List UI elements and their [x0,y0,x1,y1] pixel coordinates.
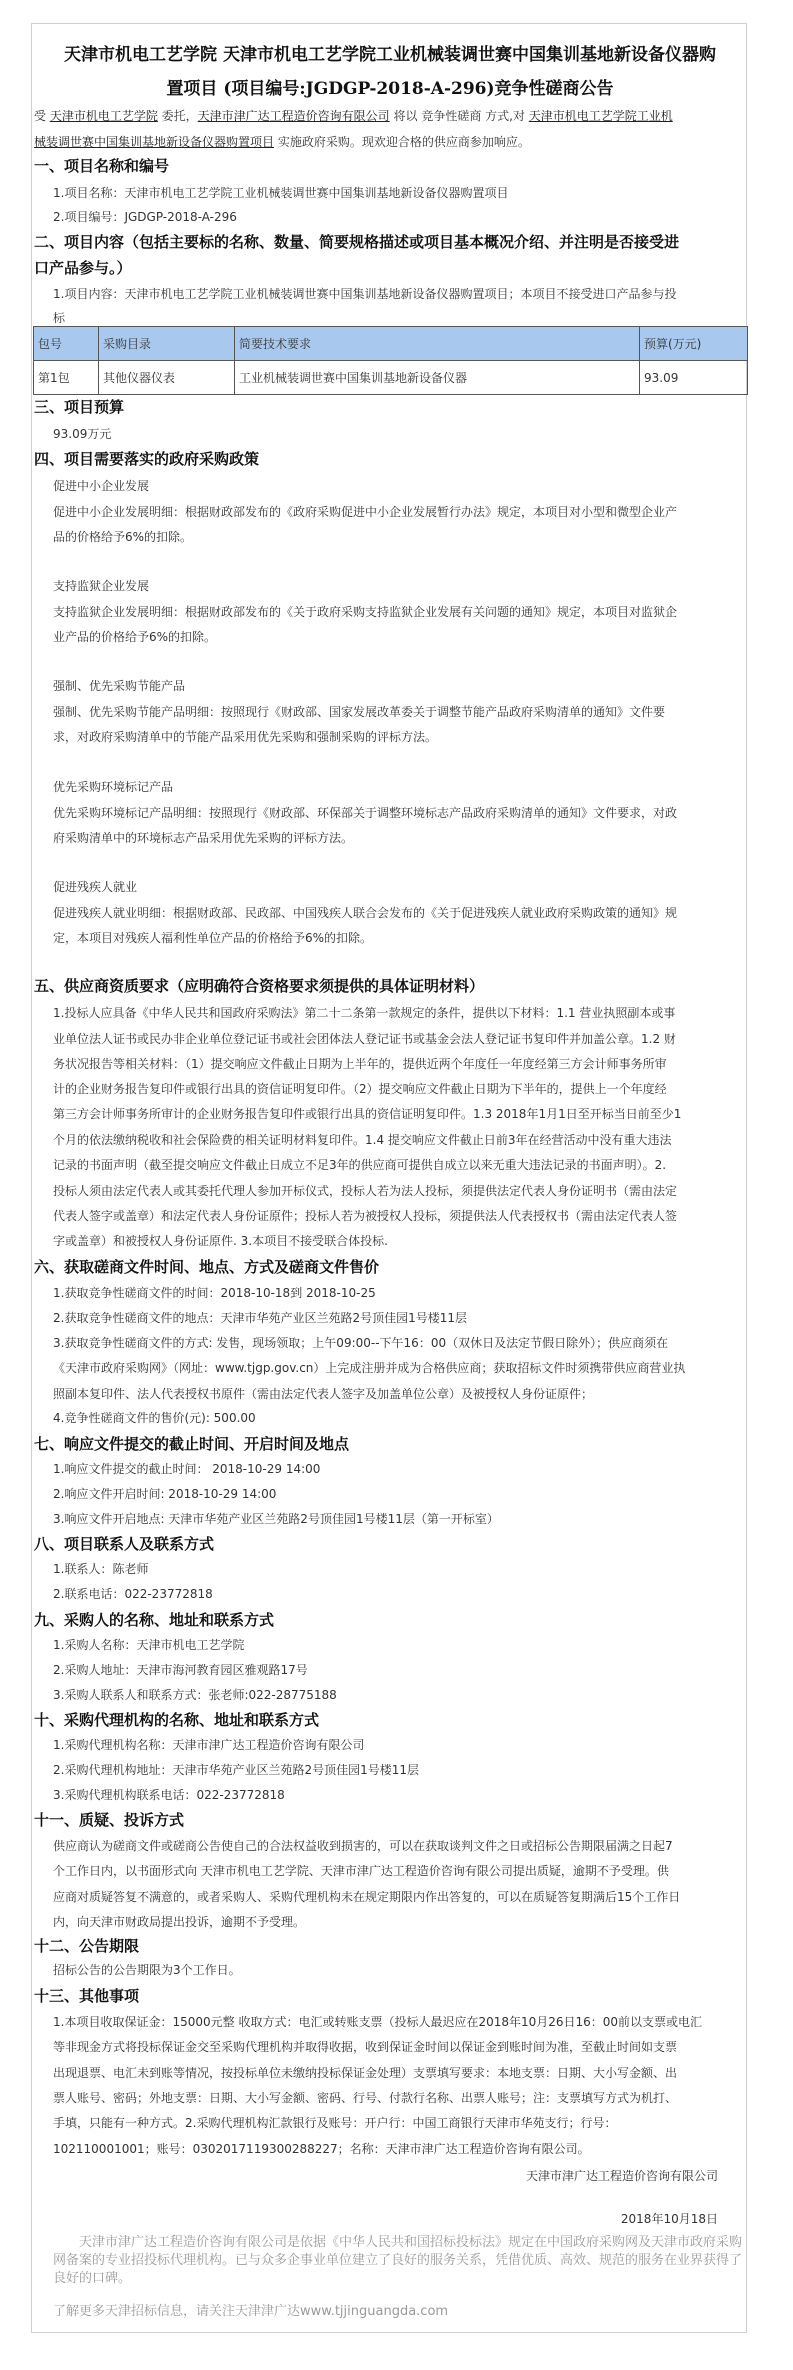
section-5-line: 记录的书面声明（截至提交响应文件截止日成立不足3年的供应商可提供自成立以来无重大… [53,1156,666,1173]
section-2-item: 1.项目内容：天津市机电工艺学院工业机械装调世赛中国集训基地新设备仪器购置项目；… [53,285,676,302]
section-10-line: 2.采购代理机构地址：天津市华苑产业区兰苑路2号顶佳园1号楼11层 [53,1761,419,1778]
intro-line1: 受 天津市机电工艺学院 委托，天津市津广达工程造价咨询有限公司 将以 竞争性磋商… [34,107,673,124]
section-8-line: 1.联系人：陈老师 [53,1560,148,1577]
section-5-line: 第三方会计师事务所审计的企业财务报告复印件或银行出具的资信证明复印件。1.3 2… [53,1105,681,1122]
section-1-heading: 一、项目名称和编号 [34,155,169,176]
policy-detail: 强制、优先采购节能产品明细：按照现行《财政部、国家发展改革委关于调整节能产品政府… [53,703,665,720]
section-6-line: 《天津市政府采购网》（网址：www.tjgp.gov.cn）上完成注册并成为合格… [53,1359,685,1376]
section-3-heading: 三、项目预算 [34,396,124,417]
section-10-heading: 十、采购代理机构的名称、地址和联系方式 [34,1709,319,1730]
policy-detail: 业产品的价格给予6%的扣除。 [53,628,216,645]
table-header-cell: 包号 [34,327,99,361]
section-11-heading: 十一、质疑、投诉方式 [34,1809,184,1830]
purchaser-link[interactable]: 天津市机电工艺学院 [50,109,158,123]
section-8-heading: 八、项目联系人及联系方式 [34,1533,214,1554]
more-info-link[interactable]: 了解更多天津招标信息，请关注天津津广达www.tjjinguangda.com [53,2303,743,2321]
section-5-line: 计的企业财务报告复印件或银行出具的资信证明复印件。（2）提交响应文件截止日期为下… [53,1080,667,1097]
section-5-line: 业单位法人证书或民办非企业单位登记证书或社会团体法人登记证书或基金会法人登记证书… [53,1030,676,1047]
signature-company: 天津市津广达工程造价咨询有限公司 [526,2167,718,2184]
section-13-line: 出现退票、电汇未到账等情况，按投标单位未缴纳投标保证金处理）支票填写要求：本地支… [53,2064,677,2081]
section-6-line: 2.获取竞争性磋商文件的地点：天津市华苑产业区兰苑路2号顶佳园1号楼11层 [53,1309,467,1326]
section-6-line: 4.竞争性磋商文件的售价(元): 500.00 [53,1409,256,1426]
intro-text: 受 [34,109,50,123]
table-cell: 工业机械装调世赛中国集训基地新设备仪器 [235,361,640,395]
section-9-line: 1.采购人名称：天津市机电工艺学院 [53,1636,244,1653]
agency-about: 天津市津广达工程造价咨询有限公司是依据《中华人民共和国招标投标法》规定在中国政府… [53,2234,743,2288]
notice-panel: 天津市机电工艺学院 天津市机电工艺学院工业机械装调世赛中国集训基地新设备仪器购 … [31,23,747,2333]
policy-title: 优先采购环境标记产品 [53,778,173,795]
section-8-line: 2.联系电话：022-23772818 [53,1585,213,1602]
section-2-heading: 二、项目内容（包括主要标的名称、数量、简要规格描述或项目基本概况介绍、并注明是否… [34,231,679,252]
notice-title-line2: 置项目 (项目编号:JGDGP-2018-A-296)竞争性磋商公告 [32,74,748,99]
table-header-cell: 预算(万元) [640,327,748,361]
table-header-cell: 简要技术要求 [235,327,640,361]
section-6-heading: 六、获取磋商文件时间、地点、方式及磋商文件售价 [34,1256,379,1277]
section-13-heading: 十三、其他事项 [34,1985,139,2006]
section-13-line: 102110001001；账号：0302017119300288227；名称：天… [53,2140,590,2157]
section-11-line: 个工作日内，以书面形式向 天津市机电工艺学院、天津市津广达工程造价咨询有限公司提… [53,1862,669,1879]
section-6-line: 1.获取竞争性磋商文件的时间：2018-10-18到 2018-10-25 [53,1284,376,1301]
policy-detail: 求，对政府采购清单中的节能产品采用优先采购和强制采购的评标方法。 [53,728,437,745]
section-9-line: 2.采购人地址：天津市海河教育园区雅观路17号 [53,1661,308,1678]
policy-title: 促进中小企业发展 [53,477,149,494]
section-5-line: 1.投标人应具备《中华人民共和国政府采购法》第二十二条第一款规定的条件，提供以下… [53,1004,675,1021]
section-5-line: 投标人须由法定代表人或其委托代理人参加开标仪式，投标人若为法人投标，须提供法定代… [53,1182,677,1199]
agency-link[interactable]: 天津市津广达工程造价咨询有限公司 [198,109,390,123]
section-5-line: 字或盖章）和被授权人身份证原件. 3.本项目不接受联合体投标. [53,1232,388,1249]
table-header-cell: 采购目录 [99,327,235,361]
budget-value: 93.09万元 [53,425,111,442]
policy-title: 强制、优先采购节能产品 [53,677,185,694]
section-1-item: 2.项目编号：JGDGP-2018-A-296 [53,208,237,225]
section-13-line: 等非现金方式将投标保证金交至采购代理机构并取得收据，收到保证金时间以保证金到账时… [53,2038,677,2055]
intro-text: 实施政府采购。现欢迎合格的供应商参加响应。 [274,135,530,149]
section-6-line: 照副本复印件、法人代表授权书原件（需由法定代表人签字及加盖单位公章）及被授权人身… [53,1385,593,1402]
policy-detail: 定，本项目对残疾人福利性单位产品的价格给予6%的扣除。 [53,929,372,946]
policy-detail: 支持监狱企业发展明细：根据财政部发布的《关于政府采购支持监狱企业发展有关问题的通… [53,603,677,620]
policy-detail: 促进残疾人就业明细：根据财政部、民政部、中国残疾人联合会发布的《关于促进残疾人就… [53,904,677,921]
section-10-line: 3.采购代理机构联系电话：022-23772818 [53,1786,285,1803]
section-2-item-cont: 标 [53,309,65,326]
intro-text: 将以 竞争性磋商 方式,对 [390,109,529,123]
section-13-line: 票人账号、密码；外地支票：日期、大小写金额、密码、行号、付款行名称、出票人账号；… [53,2089,677,2106]
section-11-line: 内，向天津市财政局提出投诉，逾期不予受理。 [53,1913,305,1930]
intro-text: 委托， [158,109,198,123]
section-2-heading-cont: 口产品参与。） [34,257,132,278]
project-link[interactable]: 天津市机电工艺学院工业机 [529,109,673,123]
section-7-heading: 七、响应文件提交的截止时间、开启时间及地点 [34,1433,349,1454]
section-10-line: 1.采购代理机构名称：天津市津广达工程造价咨询有限公司 [53,1736,364,1753]
section-11-line: 应商对质疑答复不满意的，或者采购人、采购代理机构未在规定期限内作出答复的，可以在… [53,1888,680,1905]
signature-date: 2018年10月18日 [621,2210,718,2227]
policy-detail: 优先采购环境标记产品明细：按照现行《财政部、环保部关于调整环境标志产品政府采购清… [53,804,677,821]
section-5-line: 务状况报告等相关材料：（1）提交响应文件截止日期为上半年的，提供近两个年度任一年… [53,1055,667,1072]
table-cell: 93.09 [640,361,748,395]
section-1-item: 1.项目名称：天津市机电工艺学院工业机械装调世赛中国集训基地新设备仪器购置项目 [53,184,508,201]
policy-detail: 促进中小企业发展明细：根据财政部发布的《政府采购促进中小企业发展暂行办法》规定，… [53,503,677,520]
section-12-text: 招标公告的公告期限为3个工作日。 [53,1961,241,1978]
policy-detail: 府采购清单中的环境标志产品采用优先采购的评标方法。 [53,829,353,846]
section-13-line: 手填，只能有一种方式。2.采购代理机构汇款银行及账号：开户行：中国工商银行天津市… [53,2114,616,2131]
section-12-heading: 十二、公告期限 [34,1935,139,1956]
section-5-heading: 五、供应商资质要求（应明确符合资格要求须提供的具体证明材料） [34,975,484,996]
section-7-line: 3.响应文件开启地点: 天津市华苑产业区兰苑路2号顶佳园1号楼11层（第一开标室… [53,1510,499,1527]
policy-title: 促进残疾人就业 [53,878,137,895]
table-header-row: 包号 采购目录 简要技术要求 预算(万元) [34,327,748,361]
intro-line2: 械装调世赛中国集训基地新设备仪器购置项目 实施政府采购。现欢迎合格的供应商参加响… [34,133,530,150]
notice-title-line1: 天津市机电工艺学院 天津市机电工艺学院工业机械装调世赛中国集训基地新设备仪器购 [32,40,748,65]
section-9-line: 3.采购人联系人和联系方式：张老师:022-28775188 [53,1686,337,1703]
section-5-line: 代表人签字或盖章）和法定代表人身份证原件；投标人若为被授权人投标，须提供法人代表… [53,1207,677,1224]
policy-title: 支持监狱企业发展 [53,577,149,594]
table-row: 第1包 其他仪器仪表 工业机械装调世赛中国集训基地新设备仪器 93.09 [34,361,748,395]
table-cell: 第1包 [34,361,99,395]
package-table: 包号 采购目录 简要技术要求 预算(万元) 第1包 其他仪器仪表 工业机械装调世… [33,326,748,395]
project-link[interactable]: 械装调世赛中国集训基地新设备仪器购置项目 [34,135,274,149]
section-9-heading: 九、采购人的名称、地址和联系方式 [34,1609,274,1630]
section-13-line: 1.本项目收取保证金：15000元整 收取方式：电汇或转账支票（投标人最迟应在2… [53,2013,702,2030]
section-6-line: 3.获取竞争性磋商文件的方式: 发售，现场领取；上午09:00--下午16：00… [53,1334,668,1351]
section-11-line: 供应商认为磋商文件或磋商公告使自己的合法权益收到损害的，可以在获取谈判文件之日或… [53,1837,673,1854]
table-cell: 其他仪器仪表 [99,361,235,395]
policy-detail: 品的价格给予6%的扣除。 [53,528,192,545]
section-5-line: 个月的依法缴纳税收和社会保险费的相关证明材料复印件。1.4 提交响应文件截止日前… [53,1131,672,1148]
section-4-heading: 四、项目需要落实的政府采购政策 [34,448,259,469]
section-7-line: 2.响应文件开启时间: 2018-10-29 14:00 [53,1485,276,1502]
section-7-line: 1.响应文件提交的截止时间： 2018-10-29 14:00 [53,1460,320,1477]
